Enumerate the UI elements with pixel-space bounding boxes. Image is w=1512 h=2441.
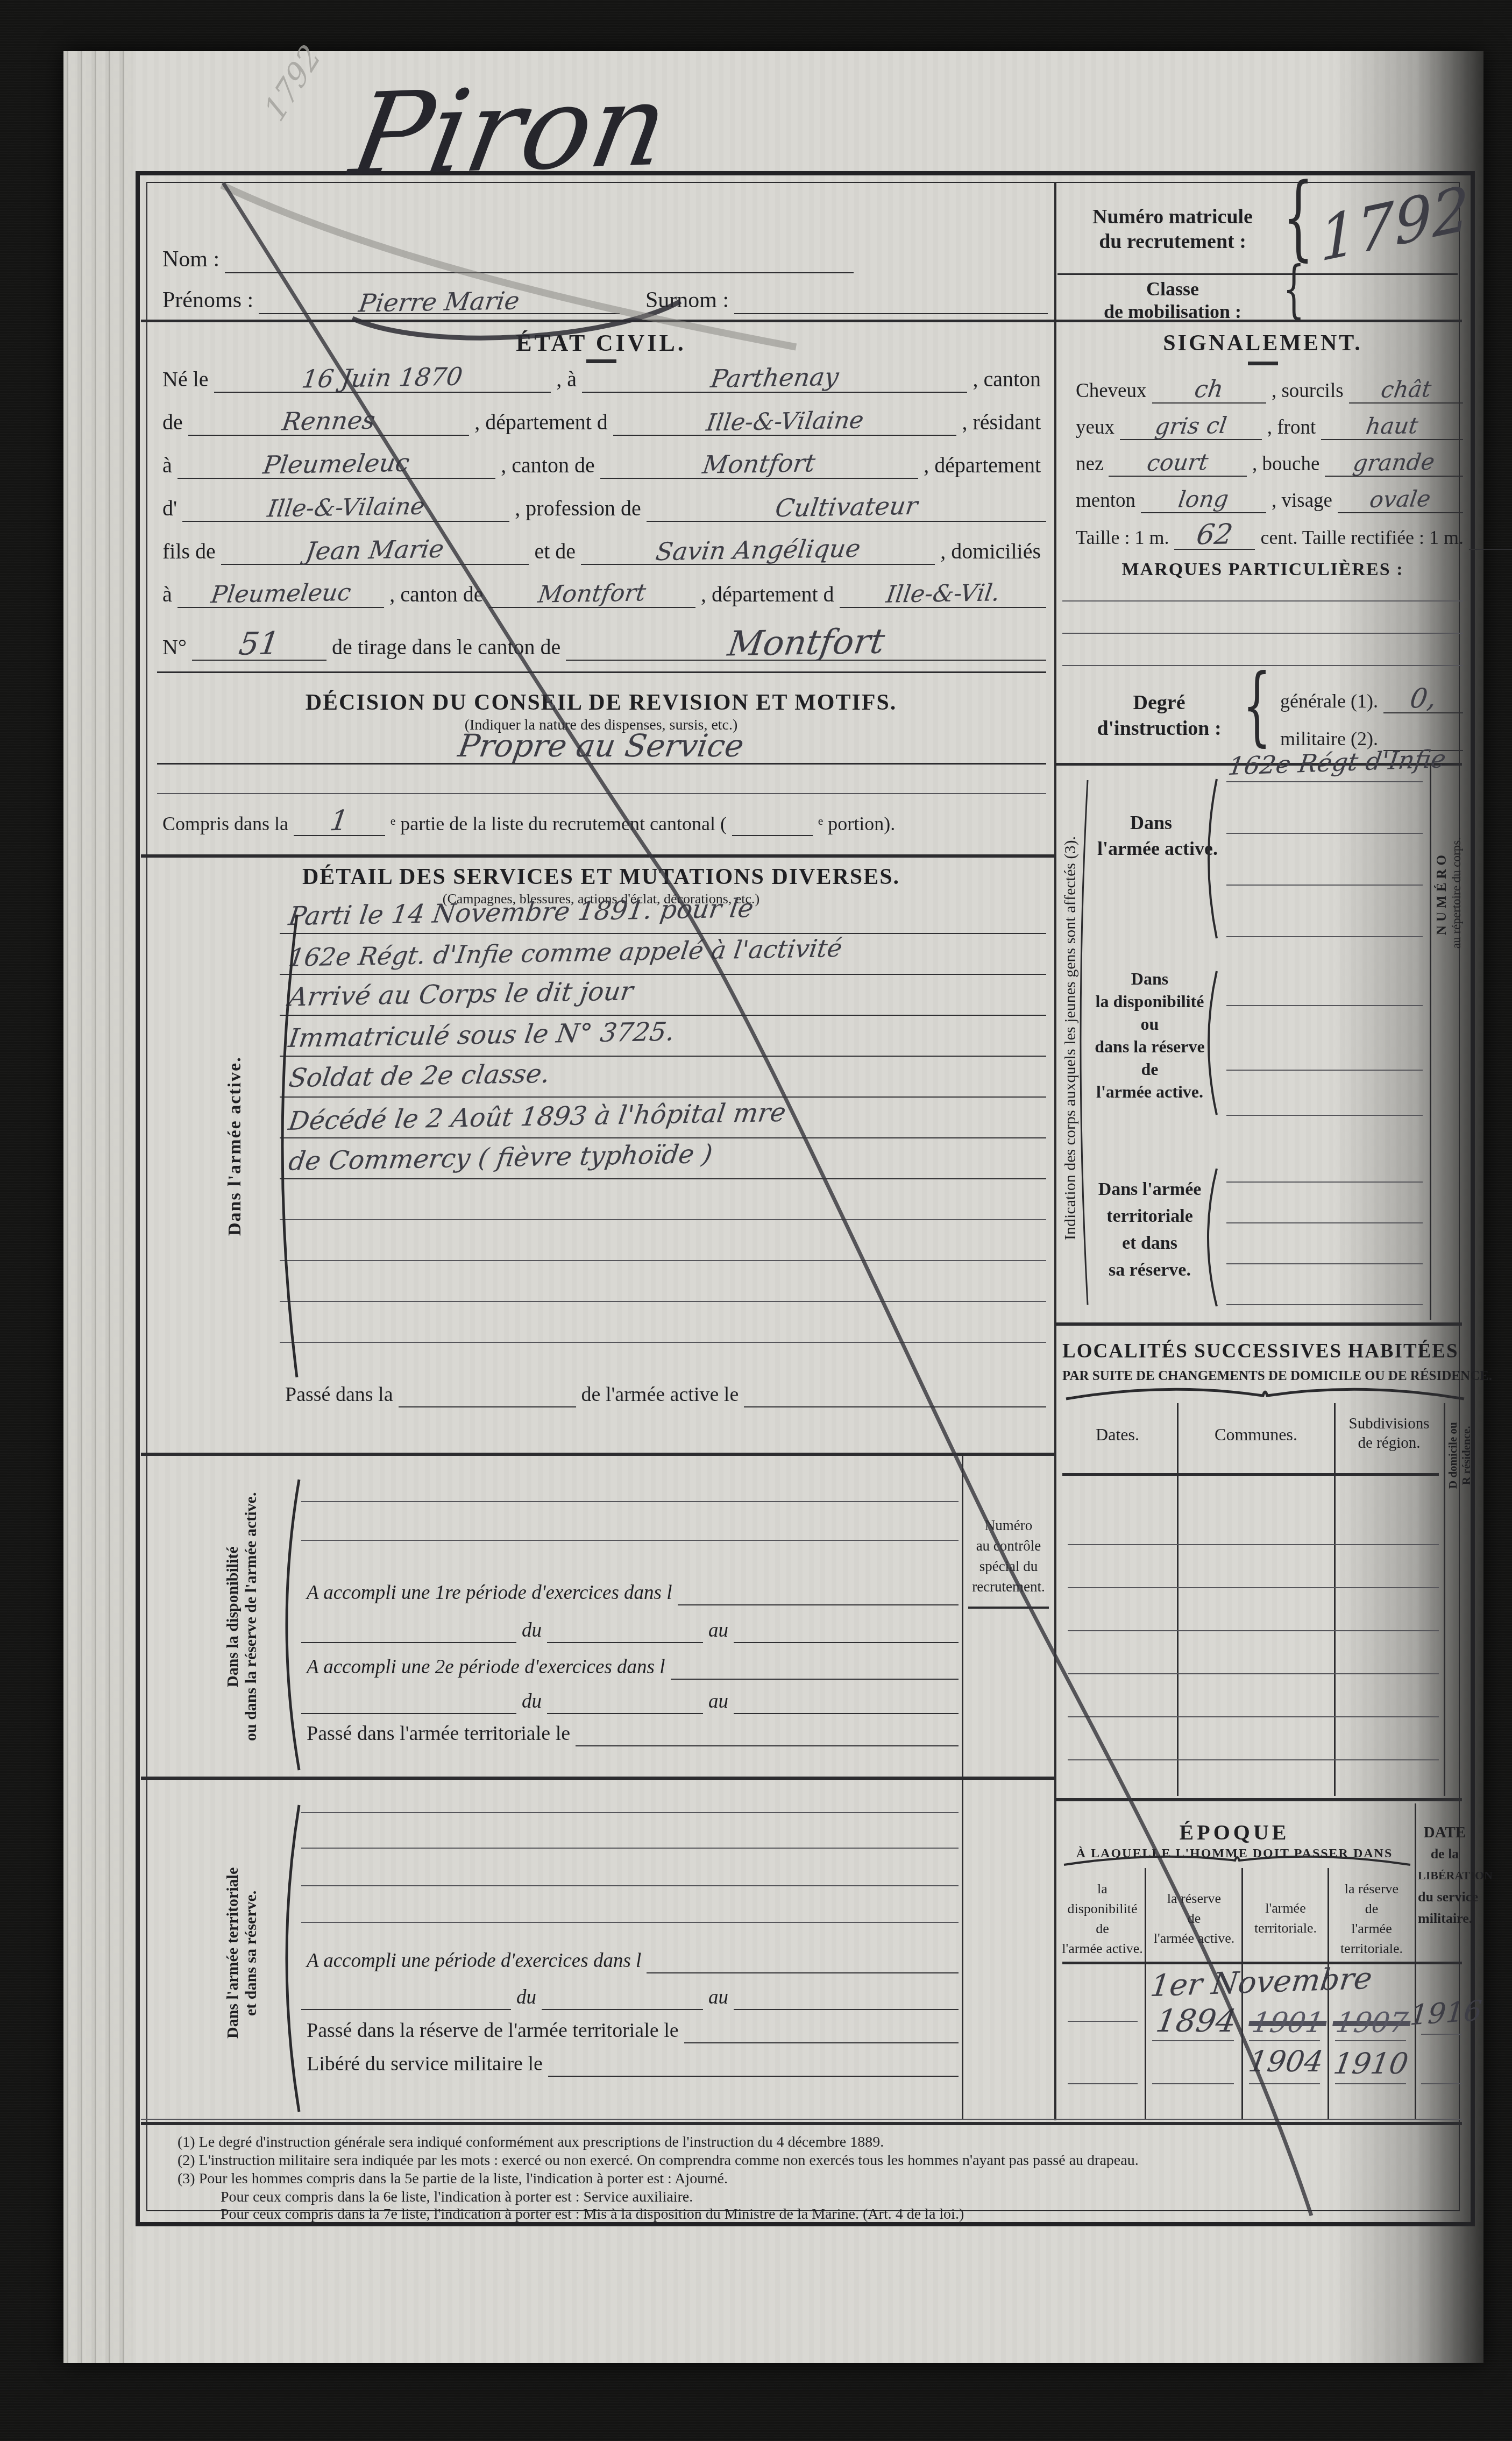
service-blank-line-2 xyxy=(280,1260,1046,1261)
repertoire-label-wrap: NUMÉRO au répertoire du corps. xyxy=(1433,791,1465,995)
terr-blank-line-1 xyxy=(301,1812,959,1813)
terr-periode-field xyxy=(647,1972,959,1973)
epoque-value-territoriale: 1904 xyxy=(1246,2044,1325,2078)
repertoire-label-2: au répertoire du corps. xyxy=(1450,791,1464,995)
etat-civil-row-4: d' Ille-&-Vilaine , profession de Cultiv… xyxy=(157,493,1046,522)
terr-au-field xyxy=(734,2009,959,2010)
numero-controle-box: Numéroau contrôle spécial durecrutement. xyxy=(966,1515,1052,1597)
service-blank-line-3 xyxy=(280,1301,1046,1302)
passe-territoriale-label: Passé dans l'armée territoriale le xyxy=(301,1722,576,1746)
corps-b1-label: Dansl'armée active. xyxy=(1097,810,1205,861)
epoque-row-line-c1 xyxy=(1068,2021,1138,2022)
taille-field: 62 xyxy=(1174,519,1255,550)
passe-active-field-2 xyxy=(744,1406,1046,1407)
surnom-label: Surnom : xyxy=(640,287,734,314)
numero-controle-underline xyxy=(968,1607,1049,1609)
service-entry-4: Immatriculé sous le N° 3725. xyxy=(280,1020,1046,1057)
signalement-dash xyxy=(1248,362,1278,365)
epoque-row2-c2 xyxy=(1152,2083,1234,2084)
classe-label: Classede mobilisation : xyxy=(1070,278,1275,323)
service-entry-5: Soldat de 2e classe. xyxy=(280,1061,1046,1098)
libere-row: Libéré du service militaire le xyxy=(301,2048,959,2077)
localites-divider-3 xyxy=(1444,1403,1445,1796)
compris-portion-field xyxy=(732,835,813,836)
etat-civil-row-5: fils de Jean Marie et de Savin Angélique… xyxy=(157,536,1046,565)
b3-line-2 xyxy=(1226,1222,1423,1223)
tirage-canton-field: Montfort xyxy=(566,623,1046,661)
passe-territoriale-field xyxy=(576,1745,959,1746)
front-field: haut xyxy=(1321,413,1463,440)
passe-reserve-terr-row: Passé dans la réserve de l'armée territo… xyxy=(301,2014,959,2043)
epoque-header-rule xyxy=(1062,1962,1462,1964)
services-title: DÉTAIL DES SERVICES ET MUTATIONS DIVERSE… xyxy=(156,864,1046,890)
ec-canton-field: Rennes xyxy=(188,406,469,436)
generale-field: 0, xyxy=(1383,683,1463,713)
terr-subcol-divider xyxy=(962,1780,963,2119)
epoque-value-reserve-terr-struck: 1907 xyxy=(1330,2007,1413,2039)
epoque-divider-1 xyxy=(1145,1868,1146,2119)
ec-r5-label-a: fils de xyxy=(157,539,221,565)
ec-residence-departement-field: Ille-&-Vilaine xyxy=(182,494,509,522)
footnote-2: (2) L'instruction militaire sera indiqué… xyxy=(178,2152,1447,2169)
corps-side-label-wrap: Indication des corps auxquels les jeunes… xyxy=(1059,769,1082,1307)
compris-partie-field: 1 xyxy=(294,805,385,836)
service-blank-line-1 xyxy=(280,1219,1046,1220)
footnote-4: Pour ceux compris dans la 6e liste, l'in… xyxy=(221,2189,1431,2206)
prenoms-row: Prénoms : Pierre Marie xyxy=(157,284,620,314)
nom-field xyxy=(225,263,854,273)
service-entry-2: 162e Régt. d'Infie comme appelé à l'acti… xyxy=(280,938,1046,975)
epoque-subtitle: À LAQUELLE L'HOMME DOIT PASSER DANS xyxy=(1062,1846,1407,1861)
dispo-blank-line-1 xyxy=(301,1501,959,1502)
etat-civil-row-6: à Pleumeleuc , canton de Montfort , dépa… xyxy=(157,579,1046,608)
passe-active-label-a: Passé dans la xyxy=(280,1383,399,1407)
b1-line-4 xyxy=(1226,936,1423,937)
terr-du-field xyxy=(542,2009,703,2010)
ec-parents-departement-field: Ille-&-Vil. xyxy=(840,580,1046,608)
scanned-military-register-page: { "colors":{"paper":"#d9d8d3","backgroun… xyxy=(0,0,1512,2441)
header-bottom-rule xyxy=(141,320,1462,322)
localites-col3-header: Subdivisionsde région. xyxy=(1339,1414,1439,1453)
decision-bottom-heavy-rule xyxy=(141,854,1055,858)
localites-bottom-heavy-rule xyxy=(1056,1798,1462,1801)
ec-r4-label-a: d' xyxy=(157,496,182,522)
nez-label: nez xyxy=(1070,452,1109,477)
marques-blank-1 xyxy=(1062,600,1463,602)
etat-civil-title: ÉTAT CIVIL. xyxy=(156,329,1046,357)
epoque-row2-c1 xyxy=(1068,2083,1138,2084)
localites-side-label-wrap: D domicile ou R résidence. xyxy=(1446,1377,1474,1533)
periode2-corps-field xyxy=(301,1713,516,1714)
ec-r3-label-b: , canton de xyxy=(495,452,600,479)
periode2-dates-row: du au xyxy=(301,1685,959,1714)
localites-side-label-2: R résidence. xyxy=(1460,1377,1473,1533)
surname-script: Piron xyxy=(342,58,678,202)
ec-residence-canton-field: Montfort xyxy=(600,449,919,479)
tirage-label-a: N° xyxy=(157,634,192,661)
etat-civil-row-1: Né le 16 Juin 1870 , à Parthenay , canto… xyxy=(157,364,1046,393)
front-label: , front xyxy=(1262,416,1321,440)
classe-brace: { xyxy=(1283,254,1305,326)
matricule-label: Numéro matriculedu recrutement : xyxy=(1070,204,1275,254)
epoque-row2-date xyxy=(1421,2083,1462,2084)
signalement-title: SIGNALEMENT. xyxy=(1062,330,1463,356)
services-side-label: Dans l'armée active. xyxy=(225,915,245,1377)
sourcils-field: chât xyxy=(1349,376,1463,404)
service-entry-6: Décédé le 2 Août 1893 à l'hôpital mre xyxy=(280,1102,1046,1138)
compris-label-a: Compris dans la xyxy=(157,812,294,836)
service-entry-3: Arrivé au Corps le dit jour xyxy=(280,979,1046,1016)
decision-title: DÉCISION DU CONSEIL DE REVISION ET MOTIF… xyxy=(156,690,1046,716)
decision-line-1 xyxy=(157,763,1046,765)
periode2-label: A accompli une 2e période d'exercices da… xyxy=(301,1655,671,1680)
yeux-label: yeux xyxy=(1070,416,1120,440)
repertoire-divider xyxy=(1430,766,1431,1320)
localites-row-line-3 xyxy=(1068,1630,1439,1631)
etat-civil-dash xyxy=(586,359,616,363)
taille-label-b: cent. Taille rectifiée : 1 m. xyxy=(1255,526,1469,550)
decision-line-2 xyxy=(157,793,1046,794)
service-entry-7: de Commercy ( fièvre typhoïde ) xyxy=(280,1143,1046,1179)
ec-parents-canton-field: Montfort xyxy=(489,580,695,608)
ec-r5-label-b: et de xyxy=(529,539,581,565)
tirage-bottom-rule xyxy=(157,671,1046,673)
periode2-au-field xyxy=(734,1713,959,1714)
b3-line-1 xyxy=(1226,1181,1423,1183)
service-entry-1: Parti le 14 Novembre 1891. pour le xyxy=(280,897,1046,934)
passe-active-label-b: de l'armée active le xyxy=(576,1383,744,1407)
epoque-title: ÉPOQUE xyxy=(1062,1820,1407,1845)
ec-parents-residence-field: Pleumeleuc xyxy=(178,580,384,608)
terr-au-label: au xyxy=(703,1986,734,2010)
localites-row-line-4 xyxy=(1068,1673,1439,1674)
footnote-rule-heavy xyxy=(141,2122,1462,2125)
sig-row-taille: Taille : 1 m. 62 cent. Taille rectifiée … xyxy=(1070,523,1463,550)
ec-r4-label-b: , profession de xyxy=(509,496,646,522)
surnom-row: Surnom : xyxy=(640,284,1048,314)
ec-r6-label-a: à xyxy=(157,582,178,608)
b3-line-4 xyxy=(1226,1304,1423,1305)
epoque-date-col-header: DATEde la LIBÉRATIONdu servicemilitaire. xyxy=(1418,1822,1472,1929)
localites-row-line-2 xyxy=(1068,1587,1439,1588)
footnote-rule-thin xyxy=(141,2119,1462,2120)
marques-blank-2 xyxy=(1062,633,1463,634)
terr-side-label-1: Dans l'armée territoriale xyxy=(224,1792,242,2114)
terr-blank-line-3 xyxy=(301,1885,959,1886)
terr-blank-line-2 xyxy=(301,1848,959,1849)
epoque-value-liberation: 1916 xyxy=(1409,1994,1483,2032)
corps-bottom-heavy-rule xyxy=(1056,1322,1462,1326)
b1-line-2 xyxy=(1226,833,1423,834)
localites-header-rule xyxy=(1062,1473,1439,1476)
sig-row-yeux: yeux gris cl , front haut xyxy=(1070,413,1463,440)
periode2-du-field xyxy=(547,1713,703,1714)
services-side-label-wrap: Dans l'armée active. xyxy=(222,915,249,1377)
periode2-au-label: au xyxy=(703,1690,734,1714)
ec-r1-label-a: Né le xyxy=(157,366,214,393)
epoque-row-line-c3 xyxy=(1249,2040,1320,2041)
sig-row-menton: menton long , visage ovale xyxy=(1070,486,1463,513)
b2-line-3 xyxy=(1226,1115,1423,1116)
marques-title: MARQUES PARTICULIÈRES : xyxy=(1062,560,1463,580)
ec-r6-label-b: , canton de xyxy=(384,582,488,608)
ec-r6-label-c: , département d xyxy=(695,582,840,608)
taille-label-a: Taille : 1 m. xyxy=(1070,526,1174,550)
ec-residence-field: Pleumeleuc xyxy=(178,449,496,479)
nez-field: court xyxy=(1109,449,1247,477)
sourcils-label: , sourcils xyxy=(1266,379,1349,404)
sig-row-nez: nez court , bouche grande xyxy=(1070,450,1463,477)
menton-field: long xyxy=(1141,486,1266,513)
tirage-label-b: de tirage dans le canton de xyxy=(326,634,566,661)
b1-line-1 xyxy=(1226,781,1423,782)
prenoms-label: Prénoms : xyxy=(157,287,259,314)
periode1-row: A accompli une 1re période d'exercices d… xyxy=(301,1576,959,1605)
periode1-field xyxy=(678,1604,959,1605)
periode1-du-field xyxy=(547,1642,703,1643)
nom-label: Nom : xyxy=(157,246,225,273)
matricule-divider xyxy=(1057,273,1458,275)
terr-side-label-2: et dans sa réserve. xyxy=(242,1792,260,2114)
section1-bottom-heavy-rule xyxy=(141,1453,1055,1456)
ec-birthdate-field: 16 Juin 1870 xyxy=(214,363,551,393)
menton-label: menton xyxy=(1070,489,1141,513)
corps-b2-label: Dansla disponibilitéou dans la réservede… xyxy=(1092,967,1208,1103)
dispo-side-label-2: ou dans la réserve de l'armée active. xyxy=(242,1463,260,1770)
periode1-au-label: au xyxy=(703,1619,734,1643)
yeux-field: gris cl xyxy=(1120,413,1262,440)
section2-bottom-heavy-rule xyxy=(141,1777,1055,1780)
ec-birthplace-field: Parthenay xyxy=(582,363,967,393)
compris-label-c: ᵉ portion). xyxy=(813,812,900,836)
b3-line-3 xyxy=(1226,1263,1423,1264)
ec-r2-label-c: , résidant xyxy=(956,409,1046,436)
sig-row-cheveux: Cheveux ch , sourcils chât xyxy=(1070,377,1463,404)
epoque-row-line-date xyxy=(1421,2034,1462,2035)
terr-blank-line-4 xyxy=(301,1922,959,1923)
footnote-1: (1) Le degré d'instruction générale sera… xyxy=(178,2134,1431,2151)
periode2-row: A accompli une 2e période d'exercices da… xyxy=(301,1651,959,1680)
footnote-3: (3) Pour les hommes compris dans la 5e p… xyxy=(178,2170,1431,2188)
periode1-dates-row: du au xyxy=(301,1614,959,1643)
epoque-row2-c3 xyxy=(1249,2083,1320,2084)
dispo-side-label-wrap: Dans la disponibilité ou dans la réserve… xyxy=(215,1463,269,1770)
decision-value: Propre au Service xyxy=(153,727,1049,764)
degre-generale-row: générale (1). 0, xyxy=(1275,688,1463,713)
passe-active-field-1 xyxy=(399,1406,576,1407)
etat-civil-row-3: à Pleumeleuc , canton de Montfort , dépa… xyxy=(157,450,1046,479)
degre-brace: { xyxy=(1243,655,1271,755)
degre-label: Degréd'instruction : xyxy=(1081,690,1237,741)
periode2-du-label: du xyxy=(516,1690,547,1714)
compris-row: Compris dans la 1 ᵉ partie de la liste d… xyxy=(157,808,1046,836)
bouche-label: , bouche xyxy=(1247,452,1325,477)
ec-r2-label-b: , département d xyxy=(469,409,613,436)
periode1-au-field xyxy=(734,1642,959,1643)
libere-label: Libéré du service militaire le xyxy=(301,2052,548,2077)
b1-line-3 xyxy=(1226,885,1423,886)
epoque-col3-header: l'arméeterritoriale. xyxy=(1245,1898,1326,1938)
dispo-side-label-1: Dans la disponibilité xyxy=(224,1463,242,1770)
taille-rectifiee-field xyxy=(1469,549,1512,550)
epoque-row-line-c2 xyxy=(1152,2040,1234,2041)
localites-divider-2 xyxy=(1334,1403,1336,1796)
nom-row: Nom : xyxy=(157,243,854,273)
repertoire-label-1: NUMÉRO xyxy=(1435,791,1450,995)
terr-side-label-wrap: Dans l'armée territoriale et dans sa rés… xyxy=(215,1792,269,2114)
numero-controle-divider xyxy=(962,1456,963,1779)
corps-b3-label: Dans l'arméeterritorialeet danssa réserv… xyxy=(1092,1176,1208,1284)
compris-label-b: ᵉ partie de la liste du recrutement cant… xyxy=(385,812,732,836)
ec-mother-field: Savin Angélique xyxy=(581,535,935,565)
service-blank-line-4 xyxy=(280,1342,1046,1343)
passe-reserve-terr-label: Passé dans la réserve de l'armée territo… xyxy=(301,2019,684,2043)
periode1-label: A accompli une 1re période d'exercices d… xyxy=(301,1581,678,1605)
localites-row-line-6 xyxy=(1068,1759,1439,1760)
terr-periode-row: A accompli une période d'exercices dans … xyxy=(301,1944,959,1973)
localites-row-line-1 xyxy=(1068,1544,1439,1545)
epoque-value-territoriale-struck: 1901 xyxy=(1246,2007,1329,2039)
localites-divider-1 xyxy=(1177,1403,1179,1796)
periode1-corps-field xyxy=(301,1642,516,1643)
ec-r3-label-a: à xyxy=(157,452,178,479)
cheveux-field: ch xyxy=(1152,376,1266,404)
prenoms-field: Pierre Marie xyxy=(259,287,620,314)
localites-col1-header: Dates. xyxy=(1062,1425,1173,1445)
epoque-col1-header: ladisponibilitédel'armée active. xyxy=(1061,1879,1144,1958)
cheveux-label: Cheveux xyxy=(1070,379,1152,404)
localites-subtitle: PAR SUITE DE CHANGEMENTS DE DOMICILE OU … xyxy=(1062,1369,1450,1384)
footnote-5: Pour ceux compris dans la 7e liste, l'in… xyxy=(221,2206,1431,2223)
terr-dates-row: du au xyxy=(301,1981,959,2010)
column-divider xyxy=(1054,182,1056,2120)
surnom-field xyxy=(734,313,1048,314)
ec-r5-label-c: , domiciliés xyxy=(935,539,1046,565)
passe-active-row: Passé dans la de l'armée active le xyxy=(280,1377,1046,1407)
tirage-row: N° 51 de tirage dans le canton de Montfo… xyxy=(157,628,1046,661)
passe-reserve-terr-field xyxy=(684,2042,959,2043)
epoque-value-reserve-active: 1894 xyxy=(1154,2003,1239,2039)
localites-col2-header: Communes. xyxy=(1183,1425,1329,1445)
generale-label: générale (1). xyxy=(1275,690,1383,713)
periode2-field xyxy=(671,1679,959,1680)
terr-du-label: du xyxy=(511,1986,542,2010)
epoque-col2-header: la réservedel'armée active. xyxy=(1148,1888,1240,1948)
ec-departement-field: Ille-&-Vilaine xyxy=(613,408,957,436)
terr-corps-field xyxy=(301,2009,511,2010)
epoque-row2-c4 xyxy=(1335,2083,1406,2084)
visage-field: ovale xyxy=(1338,486,1463,513)
ec-r1-label-b: , à xyxy=(551,366,582,393)
terr-periode-label: A accompli une période d'exercices dans … xyxy=(301,1949,647,1973)
epoque-divider-date xyxy=(1415,1803,1416,2119)
libere-field xyxy=(548,2076,959,2077)
etat-civil-row-2: de Rennes , département d Ille-&-Vilaine… xyxy=(157,407,1046,436)
passe-territoriale-row: Passé dans l'armée territoriale le xyxy=(301,1717,959,1746)
localites-row-line-5 xyxy=(1068,1716,1439,1717)
corps-side-label: Indication des corps auxquels les jeunes… xyxy=(1061,769,1080,1307)
visage-label: , visage xyxy=(1266,489,1338,513)
dispo-blank-line-2 xyxy=(301,1540,959,1541)
epoque-row-line-c4 xyxy=(1335,2040,1406,2041)
tirage-number-field: 51 xyxy=(192,625,326,661)
ec-r3-label-c: , département xyxy=(918,452,1046,479)
bouche-field: grande xyxy=(1325,449,1463,477)
ec-profession-field: Cultivateur xyxy=(647,492,1046,522)
ec-r1-label-c: , canton xyxy=(967,366,1046,393)
b2-line-2 xyxy=(1226,1070,1423,1071)
ec-r2-label-a: de xyxy=(157,409,188,436)
periode1-du-label: du xyxy=(516,1619,547,1643)
localites-title: LOCALITÉS SUCCESSIVES HABITÉES xyxy=(1062,1340,1450,1363)
book-leaf-edges xyxy=(63,51,133,2363)
b2-line-1 xyxy=(1226,1005,1423,1006)
epoque-col4-header: la réservedel'arméeterritoriale. xyxy=(1331,1879,1412,1958)
epoque-value-reserve-terr: 1910 xyxy=(1331,2047,1410,2081)
localites-side-label-1: D domicile ou xyxy=(1446,1377,1460,1533)
ec-father-field: Jean Marie xyxy=(221,535,529,565)
